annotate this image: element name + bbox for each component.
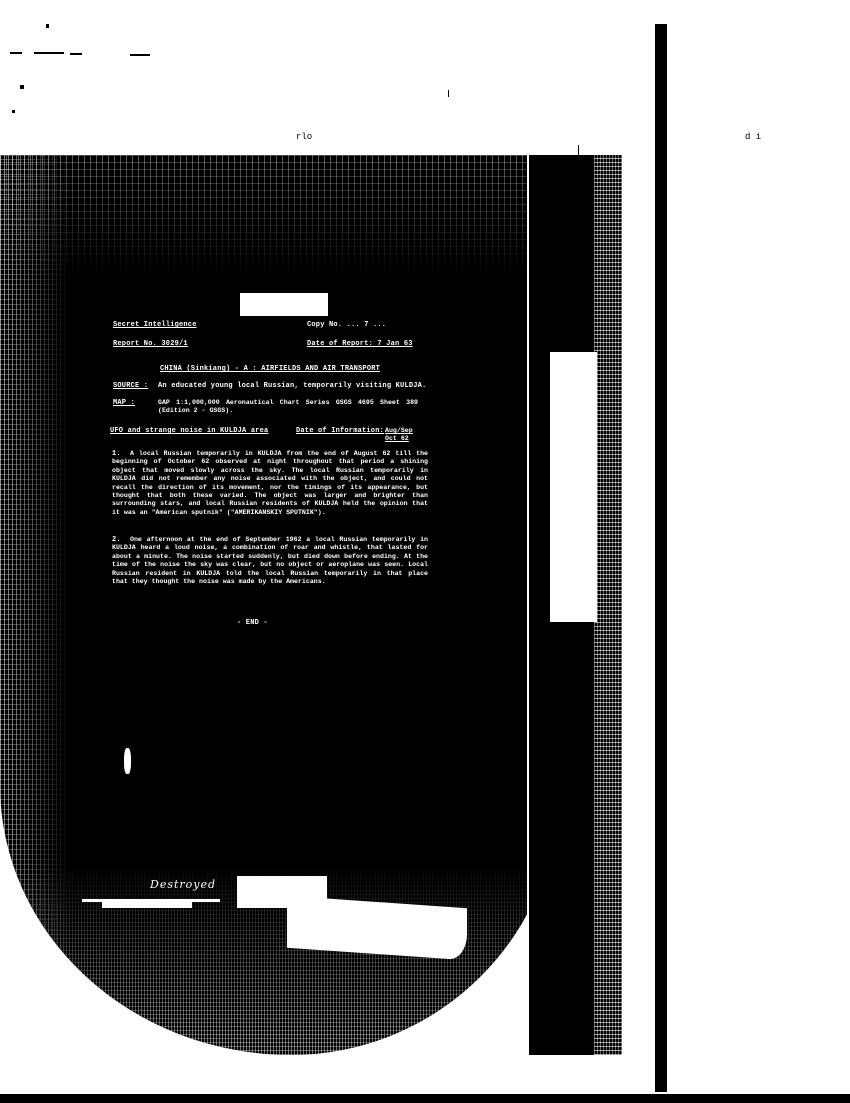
map-value: GAP 1:1,000,000 Aeronautical Chart Serie… bbox=[158, 399, 418, 416]
subject-line: UFO and strange noise in KULDJA area bbox=[110, 427, 268, 436]
scan-artifact bbox=[46, 24, 49, 28]
scan-edge-bar bbox=[0, 1094, 850, 1103]
redaction-block bbox=[240, 293, 328, 316]
date-of-information-value: Aug/Sep Oct 62 bbox=[385, 427, 421, 444]
scan-artifact bbox=[130, 54, 150, 56]
margin-annotation: d i bbox=[745, 132, 761, 142]
source-value: An educated young local Russian, tempora… bbox=[158, 382, 426, 391]
scan-artifact bbox=[12, 110, 15, 113]
paragraph-text: A local Russian temporarily in KULDJA fr… bbox=[112, 450, 428, 517]
report-source: Secret Intelligence bbox=[113, 321, 197, 330]
scan-artifact bbox=[34, 52, 64, 54]
end-marker: - END - bbox=[237, 619, 268, 628]
source-label: SOURCE : bbox=[113, 382, 148, 391]
redaction-block bbox=[550, 352, 597, 622]
scan-artifact bbox=[10, 52, 22, 54]
document-photo bbox=[0, 155, 560, 1055]
scan-artifact bbox=[20, 85, 24, 89]
margin-annotation: rlo bbox=[296, 132, 312, 142]
scan-artifact bbox=[124, 748, 131, 774]
report-number: Report No. 3029/1 bbox=[113, 340, 188, 349]
report-date: Date of Report: 7 Jan 63 bbox=[307, 340, 413, 349]
copy-number: Copy No. ... 7 ... bbox=[307, 321, 386, 330]
date-of-information-label: Date of Information: bbox=[296, 427, 384, 436]
scan-artifact bbox=[448, 90, 449, 97]
scan-edge-bar bbox=[655, 24, 667, 1092]
handwritten-note: Destroyed bbox=[150, 878, 216, 891]
document-title: CHINA (Sinkiang) - A : AIRFIELDS AND AIR… bbox=[160, 365, 380, 374]
map-label: MAP : bbox=[113, 399, 135, 408]
scan-noise bbox=[0, 155, 560, 275]
scan-artifact bbox=[70, 53, 82, 55]
stamp-bar bbox=[102, 902, 192, 908]
scan-noise bbox=[594, 155, 622, 1055]
paragraph-text: One afternoon at the end of September 19… bbox=[112, 536, 428, 586]
